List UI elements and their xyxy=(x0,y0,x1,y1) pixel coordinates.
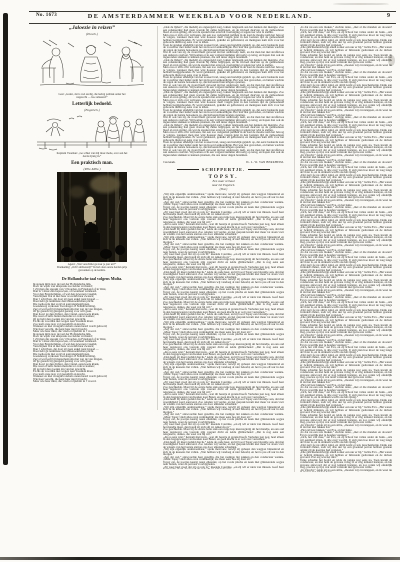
section-header-rule xyxy=(177,169,199,170)
cartoon1-caption: Gast: „Gunst, dat is wel aardig, die lez… xyxy=(33,93,151,99)
cartoon3-source: (Pêle-Mêle.) xyxy=(33,167,151,171)
header-rule-top xyxy=(29,11,396,12)
article-author-signature: Jb. L. W. VAN BERKHEIM. xyxy=(246,160,284,164)
masthead-title: DE AMSTERDAMMER WEEKBLAD VOOR NEDERLAND. xyxy=(0,13,400,20)
section-header: SCHIPPERTJE. xyxy=(163,167,284,172)
left-column: „Jaloezie in reizen” (Punch.) Gast: „Gun… xyxy=(33,24,151,410)
scan-smudge xyxy=(333,3,389,5)
poem-lines: Ik spreek mijn taal, de taal der Holland… xyxy=(33,283,151,383)
story-body-text: „Wij zijn eigenlijk onuitstaanbaar,” spr… xyxy=(163,193,284,469)
middle-column: „Ook de lijders”, die medelij en ongereg… xyxy=(163,26,284,475)
cartoon2-illustration xyxy=(35,113,149,151)
column-rule xyxy=(157,26,158,410)
right-column-text: „Is dat nu een reis maken,” zuchtte tant… xyxy=(300,26,392,472)
cartoon1-illustration xyxy=(38,37,146,92)
cartoon2-caption: Kapitein Vreeman: „Ge schiet van mij maa… xyxy=(33,152,151,158)
article-continuation-text: „Ook de lijders”, die medelij en ongereg… xyxy=(163,26,284,160)
column-rule xyxy=(294,26,295,472)
cartoon3-illustration xyxy=(57,172,127,262)
cartoon3-title: Een praktisch man. xyxy=(33,161,151,166)
cartoon3-caption: Agent: „Wat verschrikt ge naar je jaar u… xyxy=(33,263,151,272)
right-column: „Is dat nu een reis maken,” zuchtte tant… xyxy=(300,26,392,475)
cartoon1-title: „Jaloezie in reizen” xyxy=(33,25,151,31)
poem-title: De Hollandsche taal volgens Multa. xyxy=(33,276,151,281)
page-number: 9 xyxy=(360,13,390,19)
section-header-label: SCHIPPERTJE. xyxy=(202,167,245,172)
cartoon1-source: (Punch.) xyxy=(33,32,151,36)
cartoon2-source: (Engelsch.) xyxy=(33,108,151,112)
article-closing-word: Couranda. xyxy=(163,160,175,164)
article-signature-row: Couranda. Jb. L. W. VAN BERKHEIM. xyxy=(163,160,284,164)
section-header-rule xyxy=(248,169,270,170)
newspaper-page: No. 1673 DE AMSTERDAMMER WEEKBLAD VOOR N… xyxy=(0,0,400,562)
story-subtitle: (Slot.) xyxy=(163,188,284,192)
scan-edge-artifact-left xyxy=(3,13,8,465)
cartoon2-title: Letterlijk bedoeld. xyxy=(33,102,151,107)
scan-edge-artifact-bottom xyxy=(0,557,400,560)
